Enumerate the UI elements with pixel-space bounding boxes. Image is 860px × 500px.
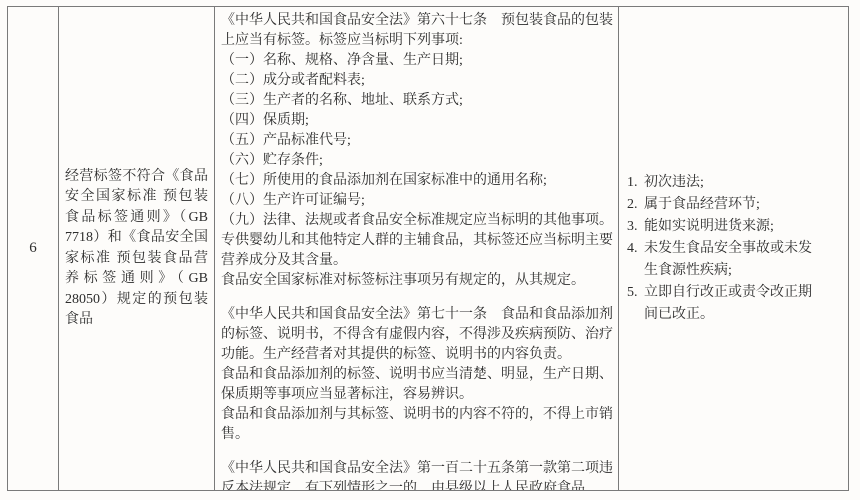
- legal-line: 《中华人民共和国食品安全法》第七十一条 食品和食品添加剂的标签、说明书，不得含有…: [221, 305, 613, 365]
- regulation-table-row: 6 经营标签不符合《食品安全国家标准 预包装食品标签通则》（GB 7718）和《…: [7, 6, 849, 491]
- violation-item-cell: 经营标签不符合《食品安全国家标准 预包装食品标签通则》（GB 7718）和《食品…: [58, 7, 214, 490]
- legal-line: （九）法律、法规或者食品安全标准规定应当标明的其他事项。: [221, 211, 613, 231]
- legal-line: （四）保质期;: [221, 111, 613, 131]
- violation-item-text: 经营标签不符合《食品安全国家标准 预包装食品标签通则》（GB 7718）和《食品…: [65, 167, 208, 331]
- condition-text: 属于食品经营环节;: [644, 194, 824, 216]
- legal-line: 食品安全国家标准对标签标注事项另有规定的，从其规定。: [221, 271, 613, 291]
- condition-text: 立即自行改正或责令改正期间已改正。: [644, 282, 824, 326]
- legal-line: 《中华人民共和国食品安全法》第六十七条 预包装食品的包装上应当有标签。标签应当标…: [221, 11, 613, 51]
- condition-number: 3.: [627, 216, 644, 238]
- condition-item: 1. 初次违法;: [627, 172, 824, 194]
- legal-basis-cell: 《中华人民共和国食品安全法》第六十七条 预包装食品的包装上应当有标签。标签应当标…: [214, 7, 618, 490]
- legal-line: （七）所使用的食品添加剂在国家标准中的通用名称;: [221, 171, 613, 191]
- condition-item: 5. 立即自行改正或责令改正期间已改正。: [627, 282, 824, 326]
- condition-number: 4.: [627, 238, 644, 282]
- condition-number: 1.: [627, 172, 644, 194]
- condition-text: 未发生食品安全事故或未发生食源性疾病;: [644, 238, 824, 282]
- row-number: 6: [29, 240, 37, 257]
- condition-text: 初次违法;: [644, 172, 824, 194]
- legal-line: （六）贮存条件;: [221, 151, 613, 171]
- condition-number: 5.: [627, 282, 644, 326]
- legal-line: （五）产品标准代号;: [221, 131, 613, 151]
- condition-item: 4. 未发生食品安全事故或未发生食源性疾病;: [627, 238, 824, 282]
- condition-item: 3. 能如实说明进货来源;: [627, 216, 824, 238]
- legal-article-125-block: 《中华人民共和国食品安全法》第一百二十五条第一款第二项违反本法规定，有下列情形之…: [221, 459, 613, 490]
- legal-article-71-block: 《中华人民共和国食品安全法》第七十一条 食品和食品添加剂的标签、说明书，不得含有…: [221, 305, 613, 445]
- legal-line: （八）生产许可证编号;: [221, 191, 613, 211]
- conditions-list: 1. 初次违法; 2. 属于食品经营环节; 3. 能如实说明进货来源; 4. 未…: [627, 172, 824, 326]
- legal-line: 《中华人民共和国食品安全法》第一百二十五条第一款第二项违反本法规定，有下列情形之…: [221, 459, 613, 490]
- legal-line: 食品和食品添加剂的标签、说明书应当清楚、明显，生产日期、保质期等事项应当显著标注…: [221, 365, 613, 405]
- legal-line: 食品和食品添加剂与其标签、说明书的内容不符的，不得上市销售。: [221, 405, 613, 445]
- legal-line: （三）生产者的名称、地址、联系方式;: [221, 91, 613, 111]
- condition-number: 2.: [627, 194, 644, 216]
- condition-text: 能如实说明进货来源;: [644, 216, 824, 238]
- legal-line: 专供婴幼儿和其他特定人群的主辅食品，其标签还应当标明主要营养成分及其含量。: [221, 231, 613, 271]
- row-number-cell: 6: [8, 7, 58, 490]
- legal-article-67-block: 《中华人民共和国食品安全法》第六十七条 预包装食品的包装上应当有标签。标签应当标…: [221, 11, 613, 291]
- legal-line: （二）成分或者配料表;: [221, 71, 613, 91]
- condition-item: 2. 属于食品经营环节;: [627, 194, 824, 216]
- scanned-document-page: 6 经营标签不符合《食品安全国家标准 预包装食品标签通则》（GB 7718）和《…: [0, 0, 860, 500]
- conditions-cell: 1. 初次违法; 2. 属于食品经营环节; 3. 能如实说明进货来源; 4. 未…: [618, 7, 848, 490]
- legal-line: （一）名称、规格、净含量、生产日期;: [221, 51, 613, 71]
